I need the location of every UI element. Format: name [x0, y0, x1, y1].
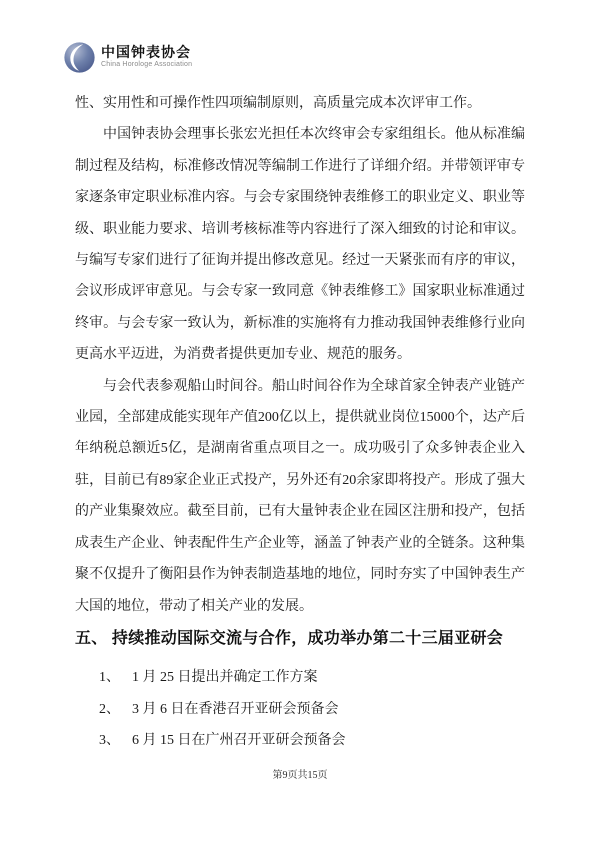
list-item-text: 1 月 25 日提出并确定工作方案: [132, 670, 318, 685]
paragraph-review-meeting: 中国钟表协会理事长张宏光担任本次终审会专家组组长。他从标准编制过程及结构，标准修…: [75, 119, 525, 370]
list-item: 2、3 月 6 日在香港召开亚研会预备会: [99, 694, 525, 726]
letterhead: 中国钟表协会 China Horologe Association: [63, 40, 192, 74]
logo-text: 中国钟表协会 China Horologe Association: [101, 45, 192, 69]
section-heading: 五、 持续推动国际交流与合作，成功举办第二十三届亚研会: [75, 622, 525, 655]
list-item-text: 6 月 15 日在广州召开亚研会预备会: [132, 733, 346, 748]
milestone-list: 1、1 月 25 日提出并确定工作方案 2、3 月 6 日在香港召开亚研会预备会…: [75, 662, 525, 757]
list-item-marker: 3、: [99, 725, 132, 757]
document-page: 中国钟表协会 China Horologe Association 性、实用性和…: [0, 0, 600, 848]
list-item-marker: 1、: [99, 662, 132, 694]
page-number-footer: 第9页共15页: [0, 770, 600, 782]
association-globe-logo-icon: [63, 41, 96, 74]
paragraph-continuation: 性、实用性和可操作性四项编制原则，高质量完成本次评审工作。: [75, 88, 525, 119]
association-name-zh: 中国钟表协会: [101, 45, 192, 60]
document-body: 性、实用性和可操作性四项编制原则，高质量完成本次评审工作。 中国钟表协会理事长张…: [75, 88, 525, 757]
list-item: 3、6 月 15 日在广州召开亚研会预备会: [99, 725, 525, 757]
list-item-marker: 2、: [99, 694, 132, 726]
association-name-en: China Horologe Association: [101, 61, 192, 69]
list-item-text: 3 月 6 日在香港召开亚研会预备会: [132, 702, 339, 717]
list-item: 1、1 月 25 日提出并确定工作方案: [99, 662, 525, 694]
paragraph-time-valley: 与会代表参观船山时间谷。船山时间谷作为全球首家全钟表产业链产业园，全部建成能实现…: [75, 371, 525, 622]
